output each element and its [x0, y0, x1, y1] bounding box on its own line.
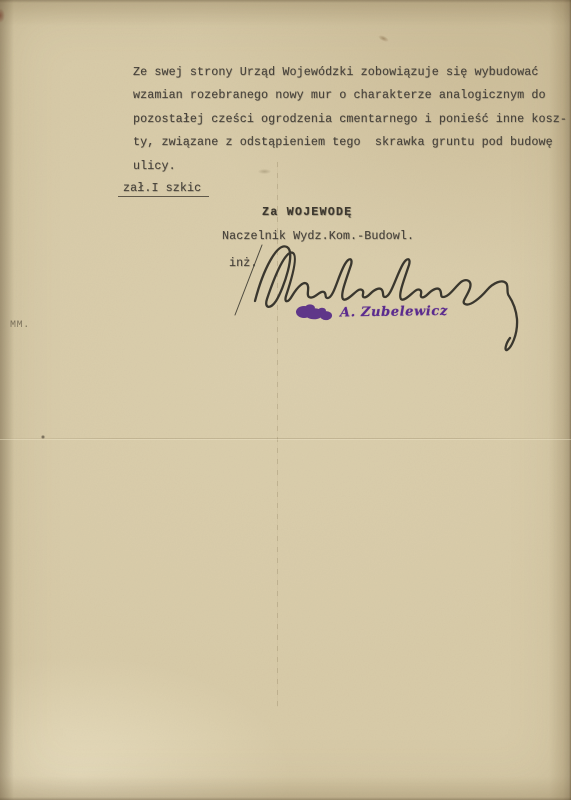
typewritten-line: ulicy. — [133, 159, 176, 173]
left-edge-stain — [0, 8, 5, 23]
typewritten-line: pozostałej cześci ogrodzenia cmentarnego… — [133, 112, 567, 126]
typewritten-line: wzamian rozebranego nowy mur o charakter… — [133, 88, 546, 102]
authority-line: Za WOJEWODĘ — [262, 205, 352, 219]
faint-smudge — [258, 169, 271, 174]
title-abbrev: inż. — [229, 256, 257, 270]
stamp-name-text: A. Zubelewicz — [340, 303, 448, 320]
margin-initials: MM. — [10, 320, 30, 331]
top-smudge-mark — [377, 34, 389, 43]
typewritten-line: ty, związane z odstąpieniem tego skrawka… — [133, 135, 553, 149]
scanned-letter-page: Ze swej strony Urząd Wojewódzki zobowiąz… — [0, 0, 571, 800]
vertical-fold-crease — [277, 162, 278, 707]
horizontal-fold-crease — [0, 438, 571, 439]
attachment-note: zał.I szkic — [118, 181, 209, 197]
typewritten-line: Ze swej strony Urząd Wojewódzki zobowiąz… — [133, 65, 538, 79]
name-stamp: A. Zubelewicz — [296, 300, 448, 324]
stamp-smudge-blob — [296, 302, 334, 325]
office-line: Naczelnik Wydz.Kom.-Budowl. — [222, 229, 414, 243]
